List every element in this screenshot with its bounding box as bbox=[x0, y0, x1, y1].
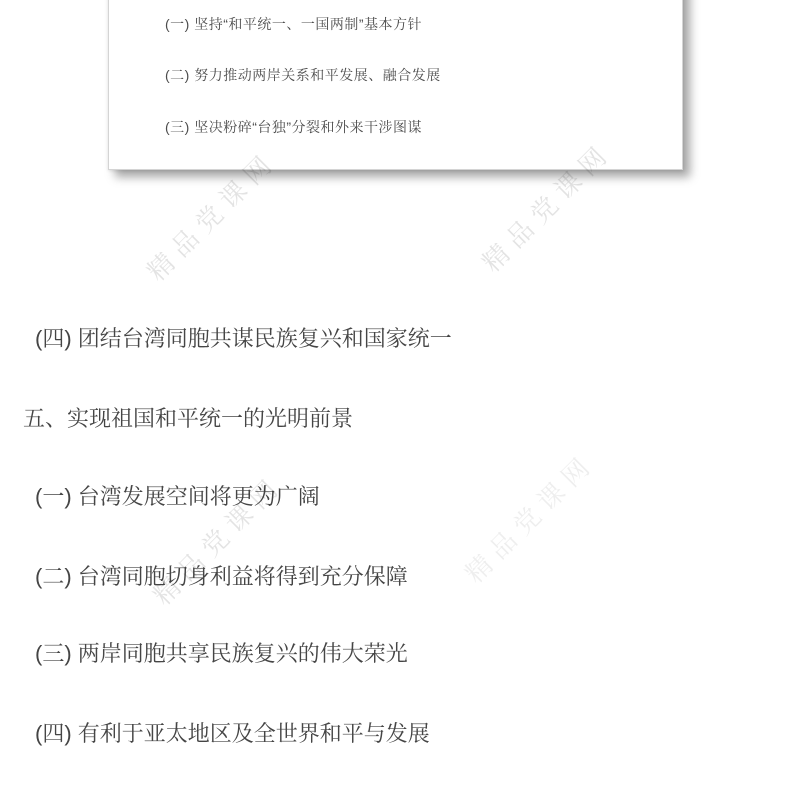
site-watermark: 精品党课网 bbox=[461, 449, 600, 588]
toc-item: (一) 台湾发展空间将更为广阔 bbox=[35, 484, 320, 510]
toc-item: (三) 两岸同胞共享民族复兴的伟大荣光 bbox=[35, 641, 408, 667]
document-preview-page: (一) 坚持“和平统一、一国两制”基本方针 (二) 努力推动两岸关系和平发展、融… bbox=[0, 0, 800, 800]
toc-item: (二) 台湾同胞切身利益将得到充分保障 bbox=[35, 564, 408, 590]
slide-preview-card: (一) 坚持“和平统一、一国两制”基本方针 (二) 努力推动两岸关系和平发展、融… bbox=[108, 0, 683, 170]
slide-toc-item: (一) 坚持“和平统一、一国两制”基本方针 bbox=[165, 17, 422, 31]
toc-item: (四) 团结台湾同胞共谋民族复兴和国家统一 bbox=[35, 326, 452, 352]
slide-toc-item: (二) 努力推动两岸关系和平发展、融合发展 bbox=[165, 68, 441, 82]
slide-toc-item: (三) 坚决粉碎“台独”分裂和外来干涉图谋 bbox=[165, 120, 422, 134]
toc-section-heading: 五、实现祖国和平统一的光明前景 bbox=[23, 406, 353, 432]
toc-item: (四) 有利于亚太地区及全世界和平与发展 bbox=[35, 721, 430, 747]
